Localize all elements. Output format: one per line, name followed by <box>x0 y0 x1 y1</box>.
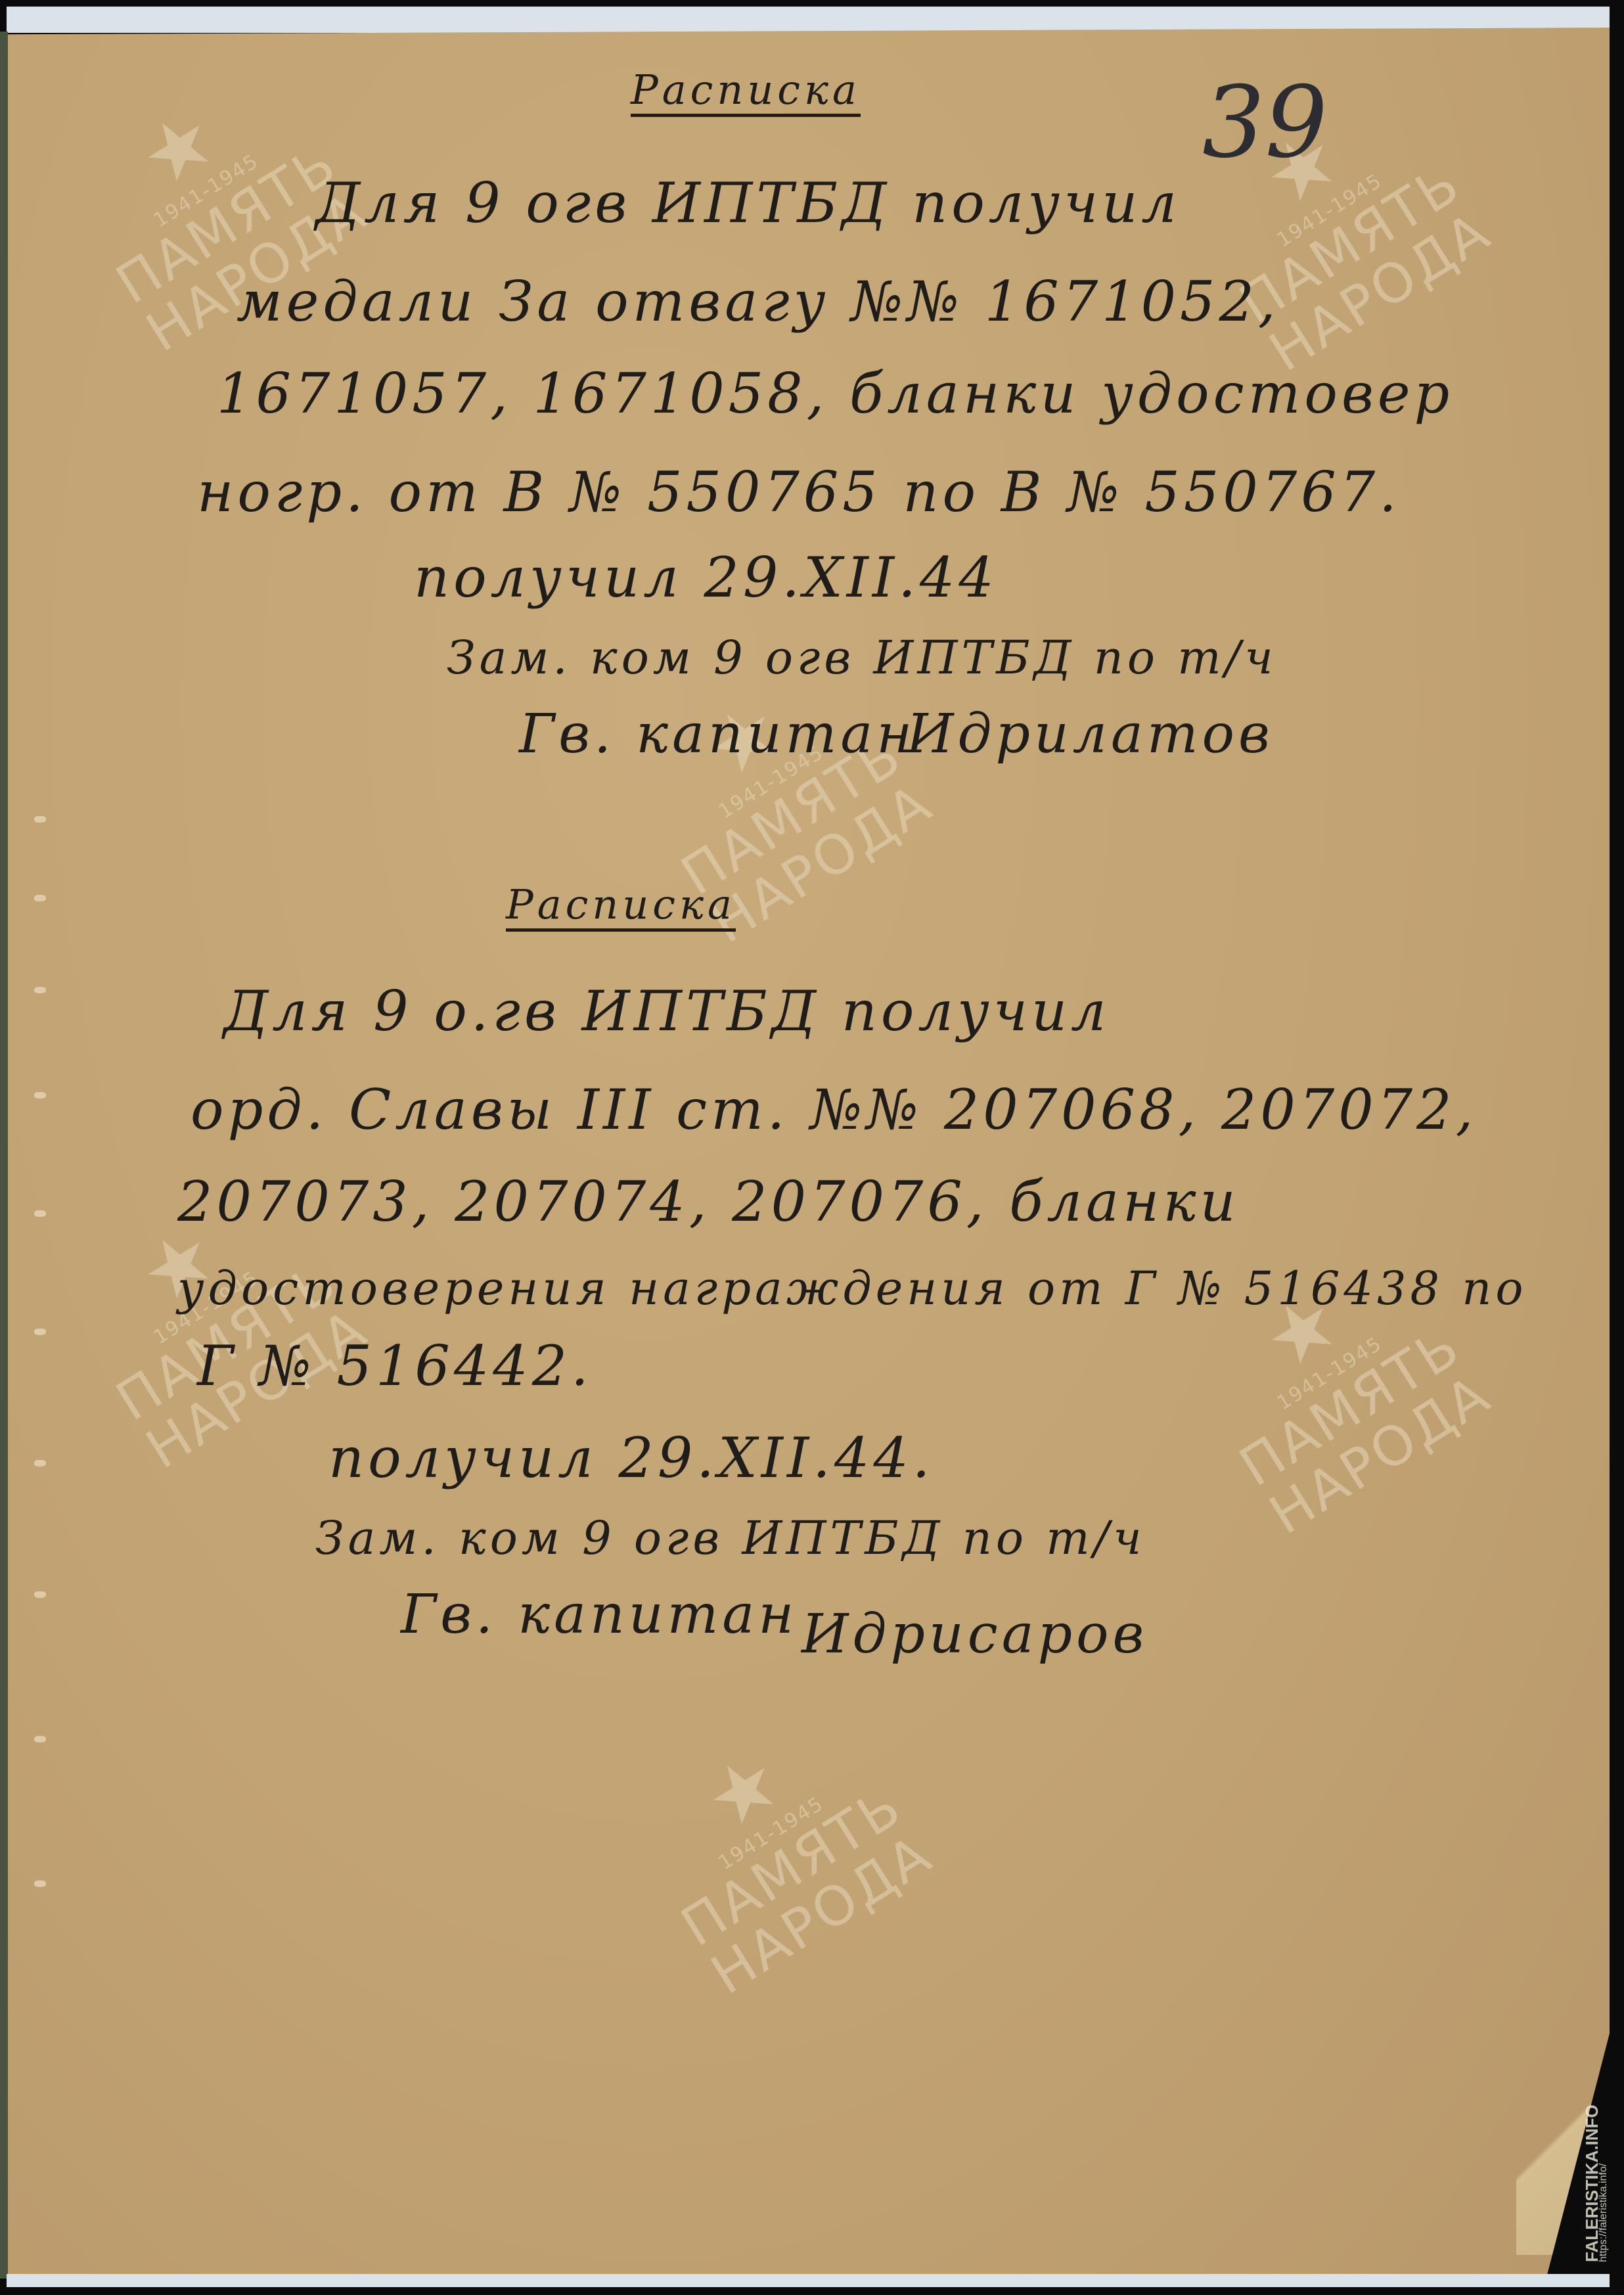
scan-left-edge <box>0 32 8 2279</box>
signature: Идрисаров <box>801 1603 1148 1666</box>
receipt-line: Для 9 о.гв ИПТБД получил <box>223 979 1110 1043</box>
received-date: получил 29.XII.44. <box>328 1426 934 1490</box>
scan-bottom-edge <box>7 2274 1610 2287</box>
receipt-line: 1671057, 1671058, бланки удостовер <box>217 361 1453 426</box>
signature: Идрилатов <box>907 703 1274 765</box>
folio-number: 39 <box>1202 66 1328 180</box>
signer-rank: Гв. капитан <box>401 1583 798 1646</box>
receipt-line: Для 9 огв ИПТБД получил <box>315 171 1181 235</box>
binding-holes <box>34 816 54 1999</box>
receipt-line: удостоверения награждения от Г № 516438 … <box>177 1261 1527 1315</box>
receipt-line: 207073, 207074, 207076, бланки <box>177 1170 1240 1234</box>
receipt-line: Г № 516442. <box>197 1334 593 1398</box>
received-date: получил 29.XII.44 <box>414 545 998 610</box>
receipt-title: Расписка <box>631 66 861 117</box>
receipt-line: ногр. от В № 550765 по В № 550767. <box>197 460 1401 524</box>
signer-rank: Гв. капитан <box>519 703 916 765</box>
faleristika-watermark: FALERISTIKA.INFO https://faleristika.inf… <box>1579 1993 1606 2269</box>
receipt-line: орд. Славы III ст. №№ 207068, 207072, <box>191 1078 1477 1142</box>
receipt-line: медали За отвагу №№ 1671052, <box>237 269 1280 334</box>
receipt-title: Расписка <box>506 880 736 932</box>
signer-position: Зам. ком 9 огв ИПТБД по т/ч <box>447 631 1277 685</box>
signer-position: Зам. ком 9 огв ИПТБД по т/ч <box>315 1511 1146 1565</box>
